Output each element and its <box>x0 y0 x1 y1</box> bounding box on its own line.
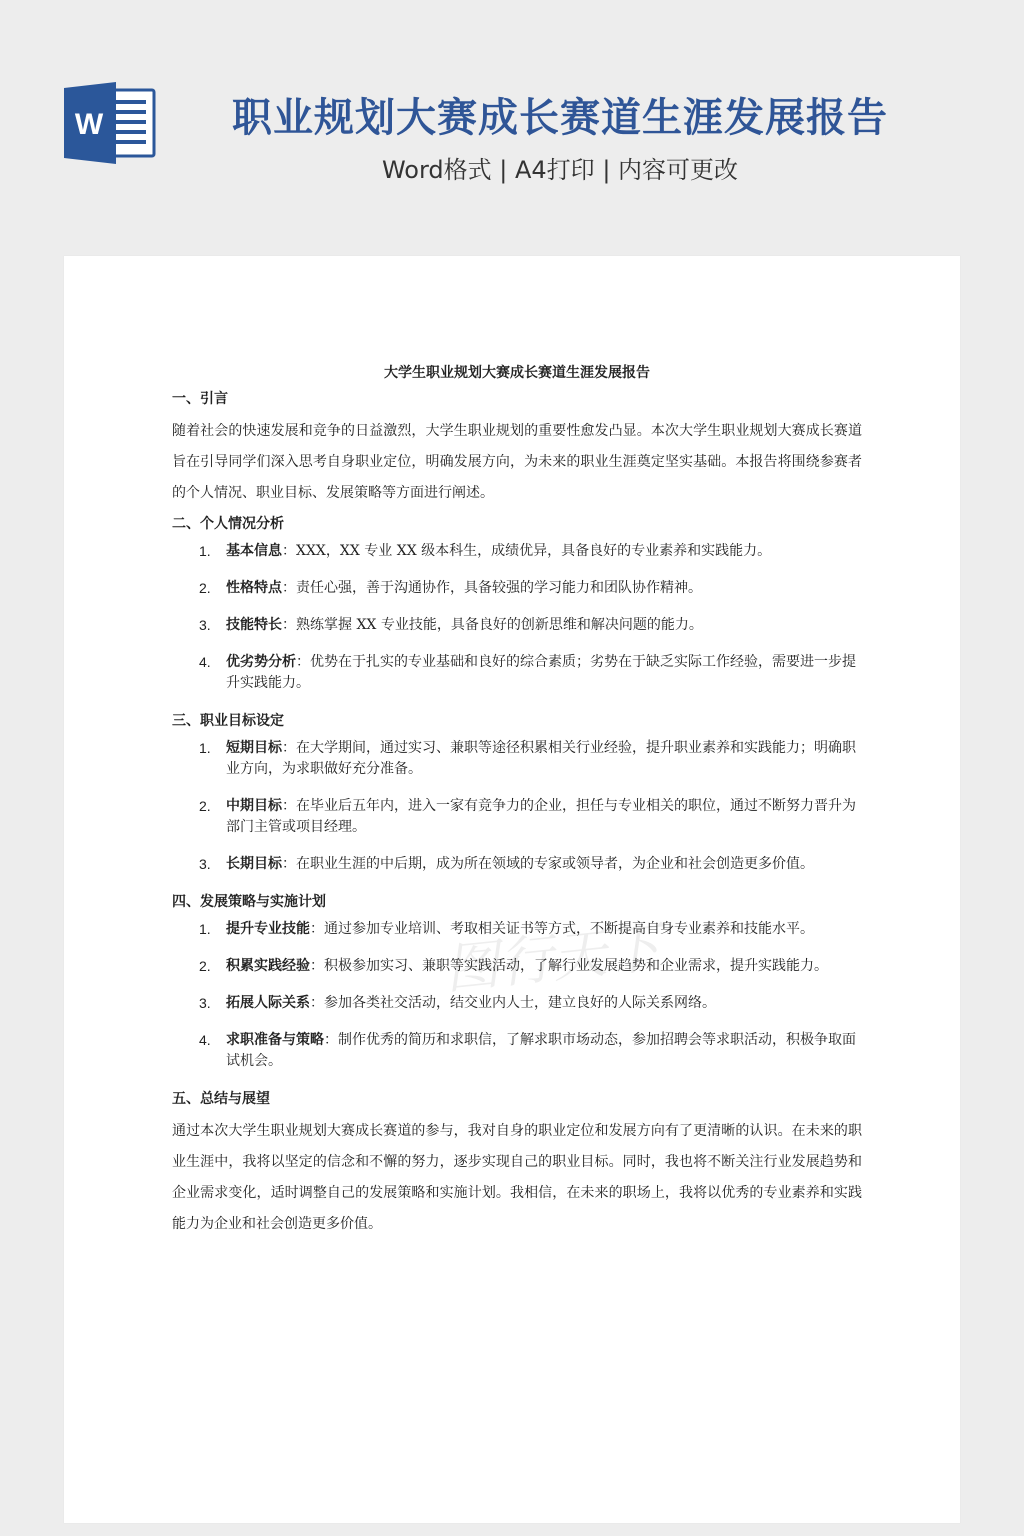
item-text: ：在毕业后五年内，进入一家有竞争力的企业，担任与专业相关的职位，通过不断努力晋升… <box>226 798 856 835</box>
list-item: 4.求职准备与策略：制作优秀的简历和求职信，了解求职市场动态，参加招聘会等求职活… <box>172 1030 862 1072</box>
item-text: ：优势在于扎实的专业基础和良好的综合素质；劣势在于缺乏实际工作经验，需要进一步提… <box>226 654 856 691</box>
section-career-goals: 三、职业目标设定 1.短期目标：在大学期间，通过实习、兼职等途径积累相关行业经验… <box>172 710 862 875</box>
item-text: ：积极参加实习、兼职等实践活动，了解行业发展趋势和企业需求，提升实践能力。 <box>310 958 828 974</box>
item-label: 短期目标 <box>226 740 282 756</box>
item-text: ：熟练掌握 XX 专业技能，具备良好的创新思维和解决问题的能力。 <box>282 617 703 633</box>
section-summary-outlook: 五、总结与展望 通过本次大学生职业规划大赛成长赛道的参与，我对自身的职业定位和发… <box>172 1088 862 1240</box>
list-item: 1.基本信息：XXX，XX 专业 XX 级本科生，成绩优异，具备良好的专业素养和… <box>172 541 862 562</box>
item-label: 提升专业技能 <box>226 921 310 937</box>
word-icon-letter: W <box>75 108 104 141</box>
item-label: 长期目标 <box>226 856 282 872</box>
list-item: 3.拓展人际关系：参加各类社交活动，结交业内人士，建立良好的人际关系网络。 <box>172 993 862 1014</box>
section-strategy-plan: 四、发展策略与实施计划 1.提升专业技能：通过参加专业培训、考取相关证书等方式，… <box>172 891 862 1072</box>
paragraph: 通过本次大学生职业规划大赛成长赛道的参与，我对自身的职业定位和发展方向有了更清晰… <box>172 1116 862 1240</box>
list-item: 2.积累实践经验：积极参加实习、兼职等实践活动，了解行业发展趋势和企业需求，提升… <box>172 956 862 977</box>
item-number: 2. <box>199 956 211 977</box>
item-number: 1. <box>199 738 211 759</box>
word-document-icon: W <box>64 82 156 164</box>
document-page: 图行天下 大学生职业规划大赛成长赛道生涯发展报告 一、引言 随着社会的快速发展和… <box>64 256 960 1523</box>
list-item: 1.提升专业技能：通过参加专业培训、考取相关证书等方式，不断提高自身专业素养和技… <box>172 919 862 940</box>
list-item: 2.性格特点：责任心强，善于沟通协作，具备较强的学习能力和团队协作精神。 <box>172 578 862 599</box>
item-label: 性格特点 <box>226 580 282 596</box>
list-item: 1.短期目标：在大学期间，通过实习、兼职等途径积累相关行业经验，提升职业素养和实… <box>172 738 862 780</box>
section-heading: 二、个人情况分析 <box>172 513 862 535</box>
section-heading: 五、总结与展望 <box>172 1088 862 1110</box>
document-title: 大学生职业规划大赛成长赛道生涯发展报告 <box>172 362 862 384</box>
item-number: 1. <box>199 541 211 562</box>
list-item: 2.中期目标：在毕业后五年内，进入一家有竞争力的企业，担任与专业相关的职位，通过… <box>172 796 862 838</box>
item-label: 求职准备与策略 <box>226 1032 324 1048</box>
item-number: 1. <box>199 919 211 940</box>
banner-subtitle: Word格式 | A4打印 | 内容可更改 <box>180 152 940 188</box>
item-text: ：在职业生涯的中后期，成为所在领域的专家或领导者，为企业和社会创造更多价值。 <box>282 856 814 872</box>
item-number: 4. <box>199 652 211 673</box>
item-number: 4. <box>199 1030 211 1051</box>
document-content: 大学生职业规划大赛成长赛道生涯发展报告 一、引言 随着社会的快速发展和竞争的日益… <box>172 362 862 1242</box>
item-label: 中期目标 <box>226 798 282 814</box>
paragraph: 随着社会的快速发展和竞争的日益激烈，大学生职业规划的重要性愈发凸显。本次大学生职… <box>172 416 862 509</box>
item-label: 拓展人际关系 <box>226 995 310 1011</box>
item-number: 3. <box>199 615 211 636</box>
banner: W 职业规划大赛成长赛道生涯发展报告 Word格式 | A4打印 | 内容可更改 <box>0 0 1024 256</box>
section-heading: 三、职业目标设定 <box>172 710 862 732</box>
item-text: ：在大学期间，通过实习、兼职等途径积累相关行业经验，提升职业素养和实践能力；明确… <box>226 740 856 777</box>
item-text: ：通过参加专业培训、考取相关证书等方式，不断提高自身专业素养和技能水平。 <box>310 921 814 937</box>
item-label: 技能特长 <box>226 617 282 633</box>
item-label: 基本信息 <box>226 543 282 559</box>
item-number: 3. <box>199 993 211 1014</box>
item-text: ：责任心强，善于沟通协作，具备较强的学习能力和团队协作精神。 <box>282 580 702 596</box>
list-item: 4.优劣势分析：优势在于扎实的专业基础和良好的综合素质；劣势在于缺乏实际工作经验… <box>172 652 862 694</box>
section-personal-analysis: 二、个人情况分析 1.基本信息：XXX，XX 专业 XX 级本科生，成绩优异，具… <box>172 513 862 694</box>
section-introduction: 一、引言 随着社会的快速发展和竞争的日益激烈，大学生职业规划的重要性愈发凸显。本… <box>172 388 862 509</box>
list-item: 3.技能特长：熟练掌握 XX 专业技能，具备良好的创新思维和解决问题的能力。 <box>172 615 862 636</box>
item-text: ：参加各类社交活动，结交业内人士，建立良好的人际关系网络。 <box>310 995 716 1011</box>
item-number: 2. <box>199 796 211 817</box>
list-item: 3.长期目标：在职业生涯的中后期，成为所在领域的专家或领导者，为企业和社会创造更… <box>172 854 862 875</box>
banner-title: 职业规划大赛成长赛道生涯发展报告 <box>180 92 940 144</box>
item-number: 2. <box>199 578 211 599</box>
item-label: 优劣势分析 <box>226 654 296 670</box>
item-label: 积累实践经验 <box>226 958 310 974</box>
item-text: ：XXX，XX 专业 XX 级本科生，成绩优异，具备良好的专业素养和实践能力。 <box>282 543 771 559</box>
section-heading: 四、发展策略与实施计划 <box>172 891 862 913</box>
item-number: 3. <box>199 854 211 875</box>
section-heading: 一、引言 <box>172 388 862 410</box>
